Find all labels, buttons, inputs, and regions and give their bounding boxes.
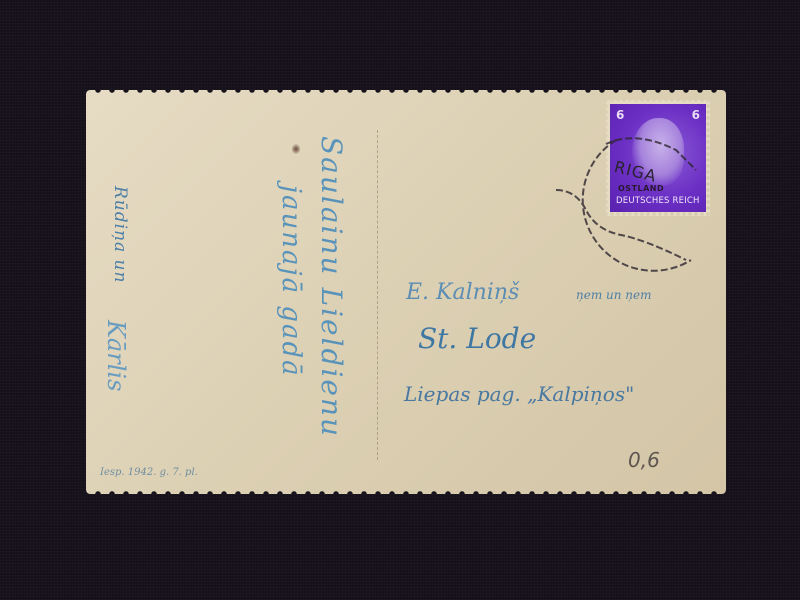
address-station: St. Lode bbox=[418, 322, 536, 355]
stamp-value-left: 6 bbox=[616, 108, 624, 122]
signature-name: Kārlis bbox=[102, 320, 130, 391]
stamp-country: DEUTSCHES REICH bbox=[616, 196, 700, 206]
address-recipient-suffix: ņem un ņem bbox=[576, 288, 652, 302]
postcard: Saulainu Lieldienu jaunajā gadā Rūdiņa u… bbox=[86, 90, 726, 494]
center-divider-line bbox=[377, 130, 378, 460]
pencil-price-mark: 0,6 bbox=[628, 448, 660, 472]
footer-print-note: Iesp. 1942. g. 7. pl. bbox=[100, 467, 198, 478]
address-recipient: E. Kalniņš bbox=[406, 280, 519, 305]
ink-stain bbox=[292, 144, 300, 154]
stamp-value-right: 6 bbox=[692, 108, 700, 122]
greeting-line-2: jaunajā gadā bbox=[276, 185, 306, 378]
address-parish: Liepas pag. „Kalpiņos" bbox=[404, 382, 634, 406]
stamp-overprint: OSTLAND bbox=[618, 184, 664, 193]
greeting-line-1: Saulainu Lieldienu bbox=[315, 136, 348, 438]
signature-line: Rūdiņa un bbox=[110, 186, 130, 283]
